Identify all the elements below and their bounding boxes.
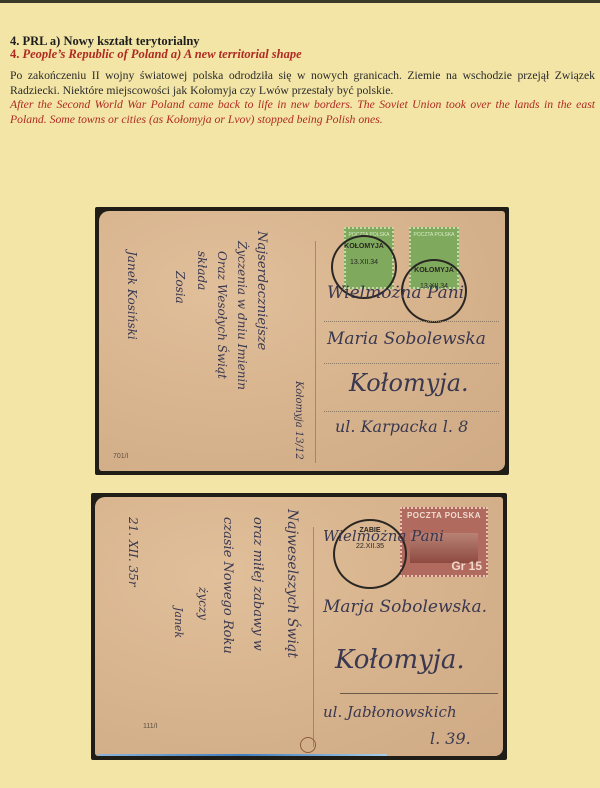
page-title-english: 4. People’s Republic of Poland a) A new … — [10, 47, 302, 62]
address-line: ul. Karpacka l. 8 — [335, 417, 468, 436]
description-polish: Po zakończeniu II wojny światowej polska… — [10, 68, 595, 98]
date-note: 21. XII. 35r — [126, 517, 140, 587]
card-edge — [97, 754, 387, 756]
top-border — [0, 0, 600, 3]
postcard-1: Najserdeczniejsze Życzenia w dniu Imieni… — [95, 207, 509, 475]
message-line: składa — [195, 251, 209, 290]
print-number: 701/I — [113, 453, 129, 460]
message-line: życzy — [196, 587, 210, 620]
address-line: Marja Sobolewska. — [323, 597, 487, 617]
address-rule — [324, 321, 499, 322]
address-line: Wielmożna Pani — [327, 283, 464, 303]
postcard-face: Najweselszych Świąt oraz miłej zabawy w … — [95, 497, 503, 756]
address-line: ul. Jabłonowskich — [323, 703, 457, 721]
message-line: Życzenia w dniu Imienin — [235, 241, 249, 390]
message-line: oraz miłej zabawy w — [250, 517, 265, 651]
date-note: Kołomyja 13/12 — [293, 381, 304, 460]
postcard-divider — [315, 241, 316, 463]
message-line: Zosia — [173, 271, 187, 304]
address-line: l. 39. — [430, 729, 471, 748]
message-line: Najweselszych Świąt — [284, 509, 300, 658]
description-english: After the Second World War Poland came b… — [10, 97, 595, 127]
message-signature: Janek — [172, 607, 185, 638]
postcard-2: Najweselszych Świąt oraz miłej zabawy w … — [91, 493, 507, 760]
message-line: Oraz Wesołych Świąt — [215, 251, 229, 379]
postcard-divider — [313, 527, 314, 747]
address-line: Kołomyja. — [335, 645, 465, 675]
publisher-logo-icon — [300, 737, 316, 753]
address-line: Wielmożna Pani — [323, 527, 444, 545]
section-title: People’s Republic of Poland a) A new ter… — [23, 47, 302, 61]
address-rule — [340, 693, 498, 694]
message-line: czasie Nowego Roku — [220, 517, 235, 654]
address-line: Kołomyja. — [349, 369, 469, 397]
section-number: 4. — [10, 47, 19, 61]
address-rule — [324, 363, 499, 364]
print-number: 111/I — [143, 723, 158, 730]
postcard-face: Najserdeczniejsze Życzenia w dniu Imieni… — [99, 211, 505, 471]
message-signature: Janek Kosiński — [125, 251, 139, 340]
address-rule — [324, 411, 499, 412]
address-line: Maria Sobolewska — [327, 329, 486, 349]
message-line: Najserdeczniejsze — [254, 231, 269, 350]
